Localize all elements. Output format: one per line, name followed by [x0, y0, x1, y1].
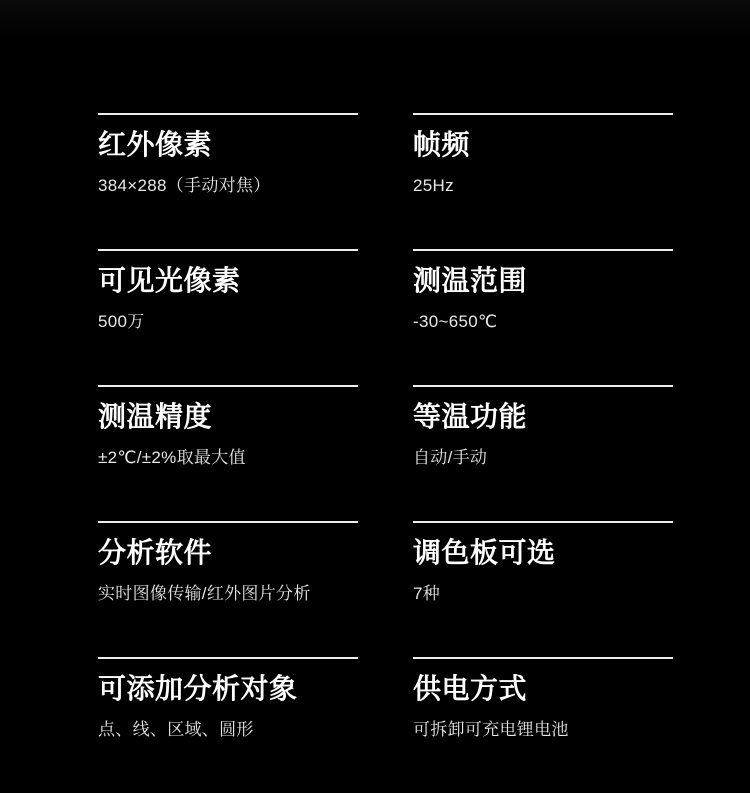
- spec-item-power-supply: 供电方式 可拆卸可充电锂电池: [413, 657, 673, 793]
- spec-value: 500万: [98, 311, 358, 332]
- spec-item-temp-accuracy: 测温精度 ±2℃/±2%取最大值: [98, 385, 358, 521]
- spec-label: 测温范围: [413, 265, 673, 297]
- spec-value: 7种: [413, 583, 673, 604]
- spec-item-analysis-software: 分析软件 实时图像传输/红外图片分析: [98, 521, 358, 657]
- spec-label: 红外像素: [98, 129, 358, 161]
- spec-value: 点、线、区域、圆形: [98, 719, 358, 740]
- spec-label: 可见光像素: [98, 265, 358, 297]
- spec-item-temp-range: 测温范围 -30~650℃: [413, 249, 673, 385]
- spec-item-analysis-objects: 可添加分析对象 点、线、区域、圆形: [98, 657, 358, 793]
- spec-value: 25Hz: [413, 175, 673, 196]
- spec-grid: 红外像素 384×288（手动对焦） 帧频 25Hz 可见光像素 500万 测温…: [98, 113, 673, 793]
- spec-label: 分析软件: [98, 537, 358, 569]
- spec-label: 等温功能: [413, 401, 673, 433]
- spec-value: 自动/手动: [413, 447, 673, 468]
- spec-label: 可添加分析对象: [98, 673, 358, 705]
- spec-value: 实时图像传输/红外图片分析: [98, 583, 358, 604]
- spec-sheet: 红外像素 384×288（手动对焦） 帧频 25Hz 可见光像素 500万 测温…: [0, 0, 750, 793]
- spec-value: ±2℃/±2%取最大值: [98, 447, 358, 468]
- spec-label: 帧频: [413, 129, 673, 161]
- spec-item-frame-rate: 帧频 25Hz: [413, 113, 673, 249]
- spec-value: 可拆卸可充电锂电池: [413, 719, 673, 740]
- spec-item-isotherm: 等温功能 自动/手动: [413, 385, 673, 521]
- spec-value: 384×288（手动对焦）: [98, 175, 358, 196]
- spec-value: -30~650℃: [413, 311, 673, 332]
- spec-item-infrared-pixels: 红外像素 384×288（手动对焦）: [98, 113, 358, 249]
- spec-item-palettes: 调色板可选 7种: [413, 521, 673, 657]
- spec-label: 测温精度: [98, 401, 358, 433]
- spec-item-visible-light-pixels: 可见光像素 500万: [98, 249, 358, 385]
- spec-label: 调色板可选: [413, 537, 673, 569]
- spec-label: 供电方式: [413, 673, 673, 705]
